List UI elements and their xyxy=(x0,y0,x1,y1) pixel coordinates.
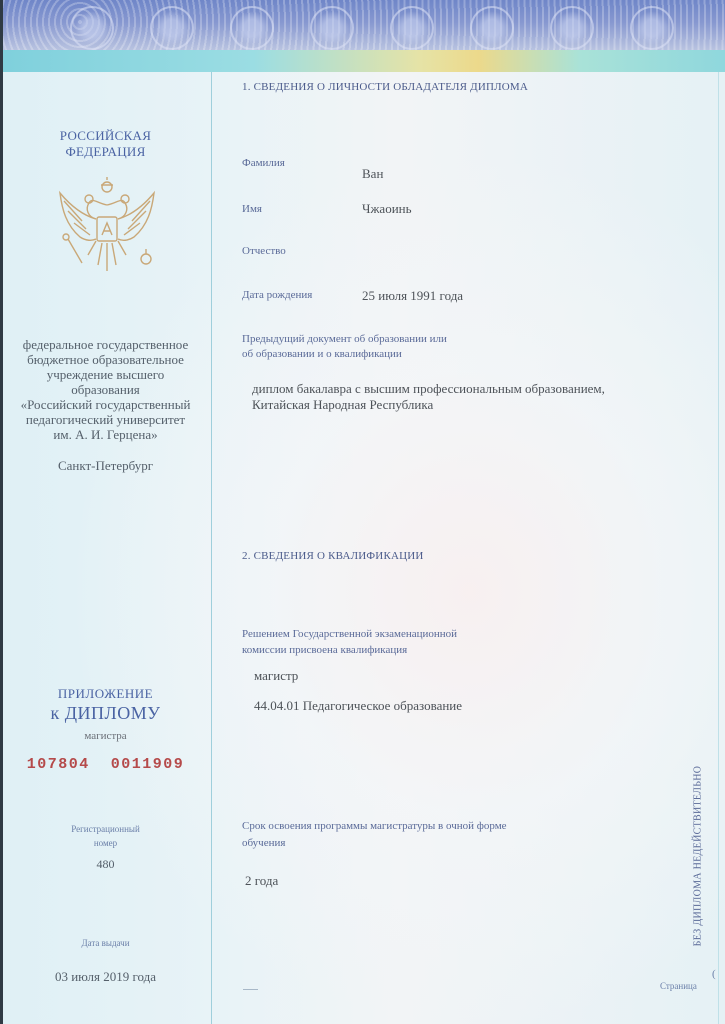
decision-label-line-2: комиссии присвоена квалификация xyxy=(242,642,457,658)
rosette-ornament-icon xyxy=(150,6,194,50)
coat-of-arms-icon xyxy=(52,175,162,280)
registration-label: Регистрационный номер xyxy=(0,822,211,850)
institution-line: федеральное государственное xyxy=(0,337,211,352)
issue-date-label: Дата выдачи xyxy=(0,938,211,948)
institution-line: «Российский государственный xyxy=(0,397,211,412)
rosette-ornament-icon xyxy=(230,6,274,50)
program-value: 44.04.01 Педагогическое образование xyxy=(254,698,462,714)
rainbow-security-band xyxy=(0,50,725,72)
previous-document-label-line-1: Предыдущий документ об образовании или xyxy=(242,332,447,347)
country-name: РОССИЙСКАЯ ФЕДЕРАЦИЯ xyxy=(0,128,211,160)
surname-label: Фамилия xyxy=(242,157,285,169)
name-label: Имя xyxy=(242,203,262,215)
rosette-ornament-icon xyxy=(70,6,114,50)
study-duration-label: Срок освоения программы магистратуры в о… xyxy=(242,818,507,852)
rosette-ornament-icon xyxy=(550,6,594,50)
serial-number: 107804 0011909 xyxy=(0,756,211,773)
section-1-title: 1. СВЕДЕНИЯ О ЛИЧНОСТИ ОБЛАДАТЕЛЯ ДИПЛОМ… xyxy=(242,81,528,93)
rosette-ornament-icon xyxy=(470,6,514,50)
rosette-ornament-icon xyxy=(630,6,674,50)
birth-date-value: 25 июля 1991 года xyxy=(362,288,463,304)
previous-document-label-line-2: об образовании и о квалификации xyxy=(242,347,447,362)
qualification-value: магистр xyxy=(254,668,298,684)
registration-label-line-1: Регистрационный xyxy=(0,822,211,836)
birth-date-label: Дата рождения xyxy=(242,289,312,301)
footer-dash xyxy=(243,989,258,990)
institution-line: педагогический университет xyxy=(0,412,211,427)
patronymic-label: Отчество xyxy=(242,245,286,257)
registration-label-line-2: номер xyxy=(0,836,211,850)
duration-label-line-1: Срок освоения программы магистратуры в о… xyxy=(242,818,507,835)
rosette-ornament-icon xyxy=(310,6,354,50)
rosette-ornament-icon xyxy=(390,6,434,50)
institution-line: учреждение высшего xyxy=(0,367,211,382)
institution-line: им. А. И. Герцена» xyxy=(0,427,211,442)
duration-label-line-2: обучения xyxy=(242,835,507,852)
country-line-1: РОССИЙСКАЯ xyxy=(0,128,211,144)
registration-number: 480 xyxy=(0,857,211,872)
previous-document-value: диплом бакалавра с высшим профессиональн… xyxy=(252,381,605,413)
previous-document-label: Предыдущий документ об образовании или о… xyxy=(242,332,447,362)
security-pattern-band xyxy=(0,0,725,50)
institution-line: бюджетное образовательное xyxy=(0,352,211,367)
validity-note: БЕЗ ДИПЛОМА НЕДЕЙСТВИТЕЛЬНО xyxy=(693,766,704,947)
institution-name: федеральное государственное бюджетное об… xyxy=(0,337,211,442)
section-2-title: 2. СВЕДЕНИЯ О КВАЛИФИКАЦИИ xyxy=(242,550,424,562)
qualification-decision-label: Решением Государственной экзаменационной… xyxy=(242,626,457,658)
country-line-2: ФЕДЕРАЦИЯ xyxy=(0,144,211,160)
surname-value: Ван xyxy=(362,166,383,182)
page-label: Страница xyxy=(660,981,697,991)
right-border-line xyxy=(718,72,719,1024)
study-duration-value: 2 года xyxy=(245,873,278,889)
previous-document-line-1: диплом бакалавра с высшим профессиональн… xyxy=(252,381,605,397)
degree-level: магистра xyxy=(0,730,211,742)
appendix-title: ПРИЛОЖЕНИЕ xyxy=(0,686,211,702)
previous-document-line-2: Китайская Народная Республика xyxy=(252,397,605,413)
column-divider xyxy=(211,72,212,1024)
city: Санкт-Петербург xyxy=(0,458,211,474)
name-value: Чжаоинь xyxy=(362,201,412,217)
issue-date: 03 июля 2019 года xyxy=(0,969,211,985)
institution-line: образования xyxy=(0,382,211,397)
appendix-subtitle: к ДИПЛОМУ xyxy=(0,703,211,724)
decision-label-line-1: Решением Государственной экзаменационной xyxy=(242,626,457,642)
page-number: ( xyxy=(712,968,716,980)
